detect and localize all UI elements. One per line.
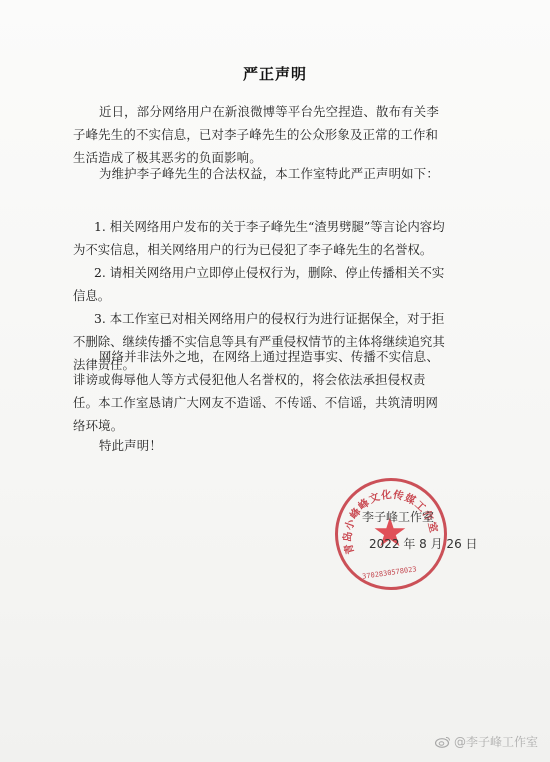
closing-paragraph: 特此声明！ — [73, 434, 449, 457]
document-title: 严正声明 — [0, 63, 550, 84]
watermark-text: @李子峰工作室 — [454, 733, 538, 750]
document-page: 严正声明 近日，部分网络用户在新浪微博等平台先空捏造、散布有关李子峰先生的不实信… — [0, 0, 550, 762]
intro-paragraph: 近日，部分网络用户在新浪微博等平台先空捏造、散布有关李子峰先生的不实信息，已对李… — [73, 100, 449, 169]
weibo-watermark: @李子峰工作室 — [435, 733, 538, 750]
signature-date: 2022 年 8 月 26 日 — [369, 535, 478, 552]
purpose-paragraph: 为维护李子峰先生的合法权益，本工作室特此严正声明如下： — [73, 162, 449, 185]
official-seal: 青岛小峰峰文化传媒工作室 ★ 3702830578023 — [335, 478, 447, 590]
list-item: 2. 请相关网络用户立即停止侵权行为，删除、停止传播相关不实信息。 — [73, 261, 449, 307]
weibo-icon — [435, 736, 451, 748]
signature-org: 李子峰工作室 — [362, 508, 434, 525]
warning-paragraph: 网络并非法外之地，在网络上通过捏造事实、传播不实信息、诽谤或侮辱他人等方式侵犯他… — [73, 345, 449, 437]
list-item: 1. 相关网络用户发布的关于李子峰先生“渣男劈腿”等言论内容均为不实信息，相关网… — [73, 215, 449, 261]
